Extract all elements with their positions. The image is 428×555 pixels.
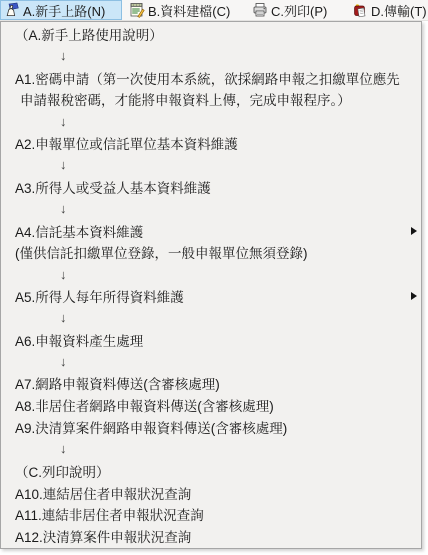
flow-arrow: ↓: [1, 198, 421, 220]
menu-item-continuation[interactable]: 申請報稅密碼，才能將申報資料上傳，完成申報程序。）: [1, 89, 421, 111]
menu-item[interactable]: A6.申報資料產生處理: [1, 329, 421, 351]
menu-row-text: A11.連結非居住者申報狀況查詢: [15, 504, 204, 524]
flow-arrow: ↓: [1, 438, 421, 460]
menu-item[interactable]: A8.非居住者網路申報資料傳送(含審核處理): [1, 394, 421, 416]
menu-row-text: ↓: [60, 354, 67, 369]
notepad-pencil-icon: [129, 2, 145, 18]
menu-row-text: (僅供信託扣繳單位登錄，一般申報單位無須登錄): [15, 242, 308, 262]
tab-label: C.列印(P): [271, 1, 327, 20]
menu-row-text: ↓: [60, 114, 67, 129]
menu-section-label: （A.新手上路使用說明）: [1, 23, 421, 45]
menu-note: (僅供信託扣繳單位登錄，一般申報單位無須登錄): [1, 241, 421, 263]
menu-section-label: （C.列印說明）: [1, 460, 421, 482]
hand-pointer-icon: [4, 2, 20, 18]
menu-row-text: A7.網路申報資料傳送(含審核處理): [15, 373, 220, 393]
flow-arrow: ↓: [1, 307, 421, 329]
menu-row-text: A10.連結居住者申報狀況查詢: [15, 483, 191, 503]
menu-row-text: A2.申報單位或信託單位基本資料維護: [15, 133, 238, 153]
menu-row-text: A9.決清算案件網路申報資料傳送(含審核處理): [15, 417, 287, 437]
menu-row-text: A4.信託基本資料維護: [15, 221, 143, 241]
flow-arrow: ↓: [1, 110, 421, 132]
tab-data-entry[interactable]: B.資料建檔(C): [126, 0, 247, 20]
menu-item[interactable]: A9.決清算案件網路申報資料傳送(含審核處理): [1, 416, 421, 438]
menu-row-text: ↓: [60, 48, 67, 63]
menu-row-text: （C.列印說明）: [15, 461, 110, 481]
printer-icon: [252, 2, 268, 18]
menu-row-text: A3.所得人或受益人基本資料維護: [15, 177, 211, 197]
menu-item[interactable]: A2.申報單位或信託單位基本資料維護: [1, 132, 421, 154]
menu-item[interactable]: A12.決清算案件申報狀況查詢: [1, 525, 421, 547]
tab-getting-started[interactable]: A.新手上路(N): [0, 0, 122, 20]
submenu-arrow-icon: [411, 227, 417, 235]
menu-rows: （A.新手上路使用說明）↓A1.密碼申請（第一次使用本系統，欲採網路申報之扣繳單…: [1, 23, 421, 547]
tab-label: B.資料建檔(C): [148, 1, 230, 20]
menu-item[interactable]: A10.連結居住者申報狀況查詢: [1, 482, 421, 504]
getting-started-dropdown-menu: （A.新手上路使用說明）↓A1.密碼申請（第一次使用本系統，欲採網路申報之扣繳單…: [0, 21, 422, 549]
menu-item[interactable]: A4.信託基本資料維護: [1, 220, 421, 242]
tab-print[interactable]: C.列印(P): [249, 0, 331, 20]
flow-arrow: ↓: [1, 351, 421, 373]
menu-row-text: A5.所得人每年所得資料維護: [15, 286, 184, 306]
menu-row-text: A8.非居住者網路申報資料傳送(含審核處理): [15, 395, 274, 415]
menu-row-text: ↓: [60, 201, 67, 216]
transfer-icon: [352, 2, 368, 18]
flow-arrow: ↓: [1, 263, 421, 285]
flow-arrow: ↓: [1, 45, 421, 67]
menu-row-text: ↓: [60, 157, 67, 172]
menu-item[interactable]: A7.網路申報資料傳送(含審核處理): [1, 373, 421, 395]
menu-row-text: 申請報稅密碼，才能將申報資料上傳，完成申報程序。）: [20, 89, 351, 109]
tab-transfer[interactable]: D.傳輸(T): [349, 0, 428, 20]
menu-row-text: ↓: [60, 441, 67, 456]
menu-item[interactable]: A11.連結非居住者申報狀況查詢: [1, 504, 421, 526]
menu-item[interactable]: A3.所得人或受益人基本資料維護: [1, 176, 421, 198]
submenu-arrow-icon: [411, 292, 417, 300]
menu-item[interactable]: A1.密碼申請（第一次使用本系統，欲採網路申報之扣繳單位應先: [1, 67, 421, 89]
menu-row-text: A12.決清算案件申報狀況查詢: [15, 526, 191, 546]
tab-label: D.傳輸(T): [371, 1, 427, 20]
menu-bar: A.新手上路(N) B.資料建檔(C) C.列印(P) D.傳輸(T): [0, 0, 428, 21]
tab-label: A.新手上路(N): [23, 1, 105, 20]
menu-row-text: （A.新手上路使用說明）: [15, 24, 163, 44]
menu-row-text: ↓: [60, 267, 67, 282]
menu-item[interactable]: A5.所得人每年所得資料維護: [1, 285, 421, 307]
menu-row-text: A1.密碼申請（第一次使用本系統，欲採網路申報之扣繳單位應先: [15, 68, 400, 88]
flow-arrow: ↓: [1, 154, 421, 176]
menu-row-text: ↓: [60, 310, 67, 325]
menu-row-text: A6.申報資料產生處理: [15, 330, 143, 350]
